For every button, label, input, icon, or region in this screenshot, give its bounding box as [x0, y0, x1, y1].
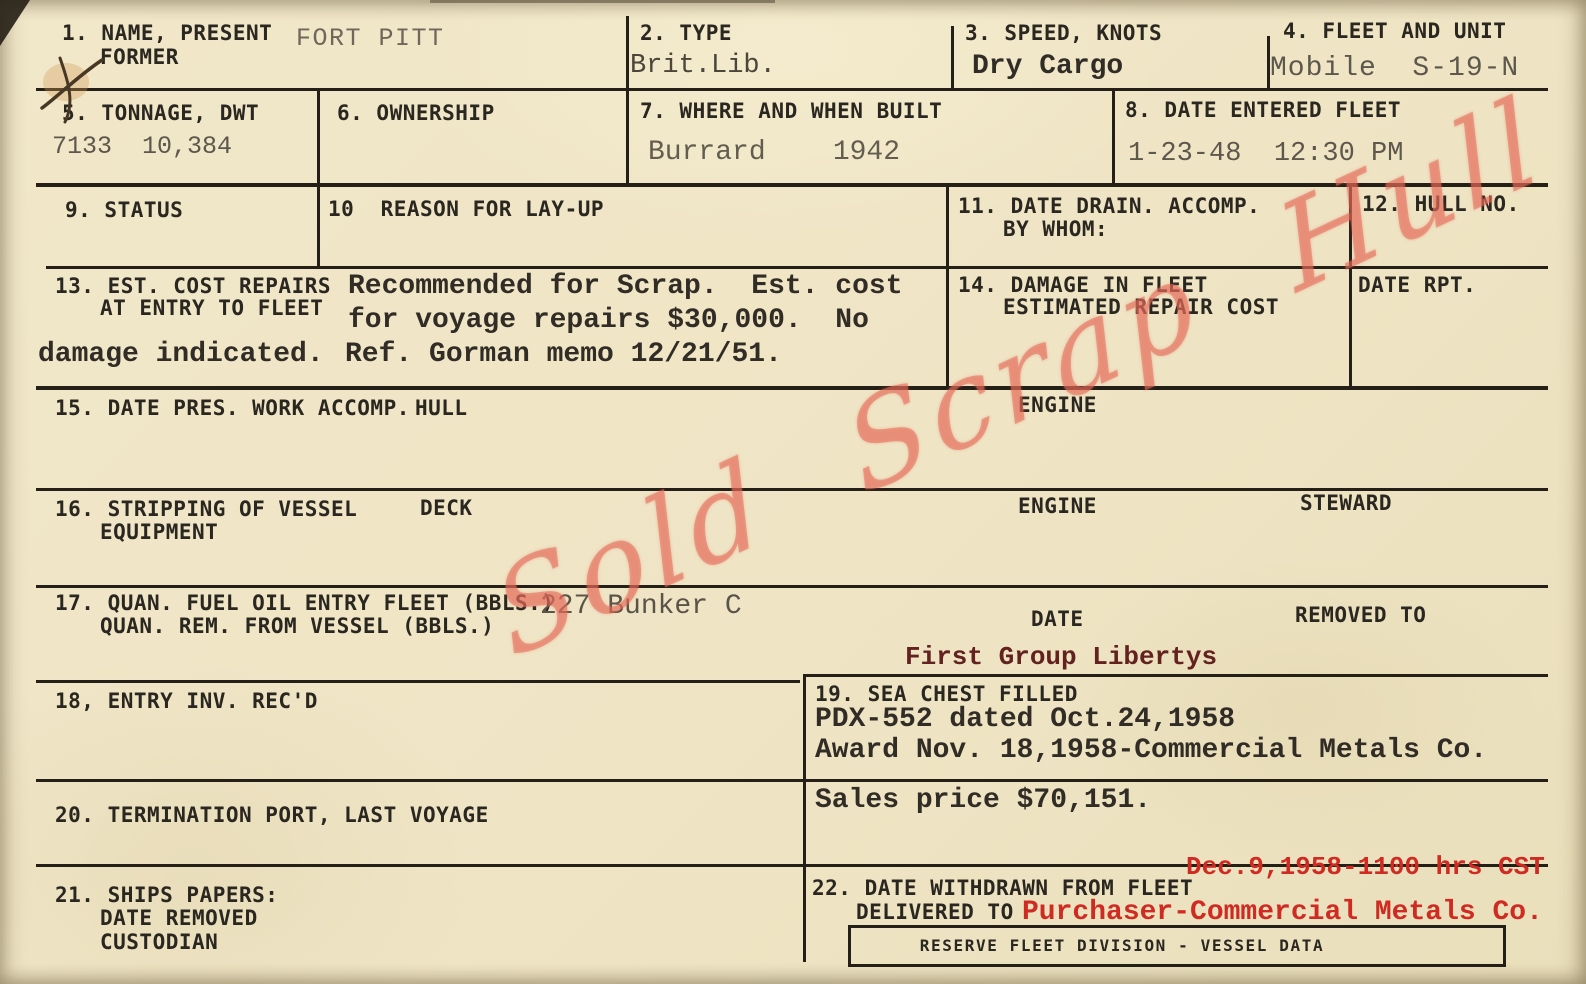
hline-row3-bottom [46, 266, 1548, 269]
field-1-label: 1. NAME, PRESENT [62, 22, 272, 44]
field-17-value: 227 Bunker C [540, 592, 742, 621]
field-5-value: 7133 10,384 [52, 134, 232, 160]
field-4-label: 4. FLEET AND UNIT [1283, 20, 1506, 42]
date-rpt-label: DATE RPT. [1358, 274, 1476, 296]
field-16-sublabel: EQUIPMENT [100, 521, 218, 543]
vline-type [626, 16, 629, 88]
field-6-label: 6. OWNERSHIP [337, 102, 495, 124]
field-22-label: 22. DATE WITHDRAWN FROM FLEET [812, 877, 1193, 899]
vessel-data-card: 1. NAME, PRESENT FORMER FORT PITT 2. TYP… [0, 0, 1586, 984]
field-17-date-label: DATE [1031, 608, 1084, 630]
hline-row2-bottom [36, 183, 1548, 187]
vline-layup [317, 183, 320, 267]
field-8-label: 8. DATE ENTERED FLEET [1125, 99, 1401, 121]
field-19-label: 19. SEA CHEST FILLED [815, 683, 1078, 705]
field-22-delivered-value: Purchaser-Commercial Metals Co. [1022, 898, 1543, 927]
field-4-value: Mobile S-19-N [1270, 54, 1519, 83]
hline-row16-bottom [36, 585, 1548, 588]
vline-entered [1112, 88, 1115, 184]
field-14-sublabel: ESTIMATED REPAIR COST [1003, 296, 1279, 318]
field-17-sublabel: QUAN. REM. FROM VESSEL (BBLS.) [100, 615, 494, 637]
hline-row1-bottom [36, 88, 1548, 91]
vline-built [626, 88, 629, 184]
field-22-date-value: Dec.9,1958-1100 hrs CST [1186, 854, 1545, 881]
vline-box19-left [803, 674, 806, 962]
vline-hullno-daterpt [1349, 183, 1352, 387]
field-2-label: 2. TYPE [640, 22, 732, 44]
field-12-label: 12. HULL NO. [1362, 193, 1520, 215]
pencil-x-mark [36, 50, 114, 128]
group-note: First Group Libertys [905, 644, 1217, 671]
field-20-label: 20. TERMINATION PORT, LAST VOYAGE [55, 804, 489, 826]
field-11-label: 11. DATE DRAIN. ACCOMP. [958, 195, 1260, 217]
field-2-value: Brit.Lib. [630, 52, 776, 80]
field-8-value: 1-23-48 12:30 PM [1128, 140, 1403, 168]
scan-corner-shadow [0, 0, 34, 48]
field-10-label: 10 REASON FOR LAY-UP [328, 198, 604, 220]
field-15-label: 15. DATE PRES. WORK ACCOMP. [55, 397, 410, 419]
footer-title-box: RESERVE FLEET DIVISION - VESSEL DATA [848, 925, 1506, 967]
field-13-value-line1: Recommended for Scrap. Est. cost [348, 272, 903, 301]
vline-ownership [317, 88, 320, 184]
field-22-sublabel: DELIVERED TO [856, 901, 1014, 923]
field-13-label: 13. EST. COST REPAIRS [55, 275, 331, 297]
field-16-engine-label: ENGINE [1018, 495, 1097, 517]
field-19-value-line1: PDX-552 dated Oct.24,1958 [815, 705, 1235, 734]
field-21-sublabel1: DATE REMOVED [100, 907, 258, 929]
field-3-value: Dry Cargo [972, 52, 1123, 81]
hline-row18-bottom [36, 779, 1548, 782]
field-9-label: 9. STATUS [65, 199, 183, 221]
vline-speed [951, 26, 954, 88]
footer-title: RESERVE FLEET DIVISION - VESSEL DATA [920, 938, 1324, 955]
field-13-value-line3a: damage indicated. [38, 340, 324, 369]
scan-edge-mark [430, 0, 775, 3]
field-14-label: 14. DAMAGE IN FLEET [958, 274, 1208, 296]
field-7-value: Burrard 1942 [648, 138, 900, 167]
field-18-label: 18, ENTRY INV. REC'D [55, 690, 318, 712]
hline-box19-top [804, 674, 1548, 677]
hline-row4-bottom [36, 386, 1548, 390]
field-16-steward-label: STEWARD [1300, 492, 1392, 514]
field-3-label: 3. SPEED, KNOTS [965, 22, 1162, 44]
field-17-removed-to-label: REMOVED TO [1295, 604, 1426, 626]
field-13-value-line2: for voyage repairs $30,000. No [348, 306, 869, 335]
field-1-value: FORT PITT [296, 26, 445, 52]
field-13-value-line3b: Ref. Gorman memo 12/21/51. [345, 340, 782, 369]
field-21-sublabel2: CUSTODIAN [100, 931, 218, 953]
field-21-label: 21. SHIPS PAPERS: [55, 884, 278, 906]
field-17-label: 17. QUAN. FUEL OIL ENTRY FLEET (BBLS.) [55, 592, 554, 614]
field-7-label: 7. WHERE AND WHEN BUILT [640, 100, 942, 122]
field-11-sublabel: BY WHOM: [1003, 218, 1108, 240]
hline-row17-bottom-left [36, 680, 800, 683]
field-16-deck-label: DECK [420, 497, 473, 519]
sales-price-note: Sales price $70,151. [815, 786, 1151, 815]
field-13-sublabel: AT ENTRY TO FLEET [100, 297, 323, 319]
vline-drain-damage [946, 183, 949, 387]
field-16-label: 16. STRIPPING OF VESSEL [55, 498, 357, 520]
field-19-value-line2: Award Nov. 18,1958-Commercial Metals Co. [815, 736, 1487, 765]
field-15-engine-label: ENGINE [1018, 394, 1097, 416]
field-15-hull-label: HULL [415, 397, 468, 419]
